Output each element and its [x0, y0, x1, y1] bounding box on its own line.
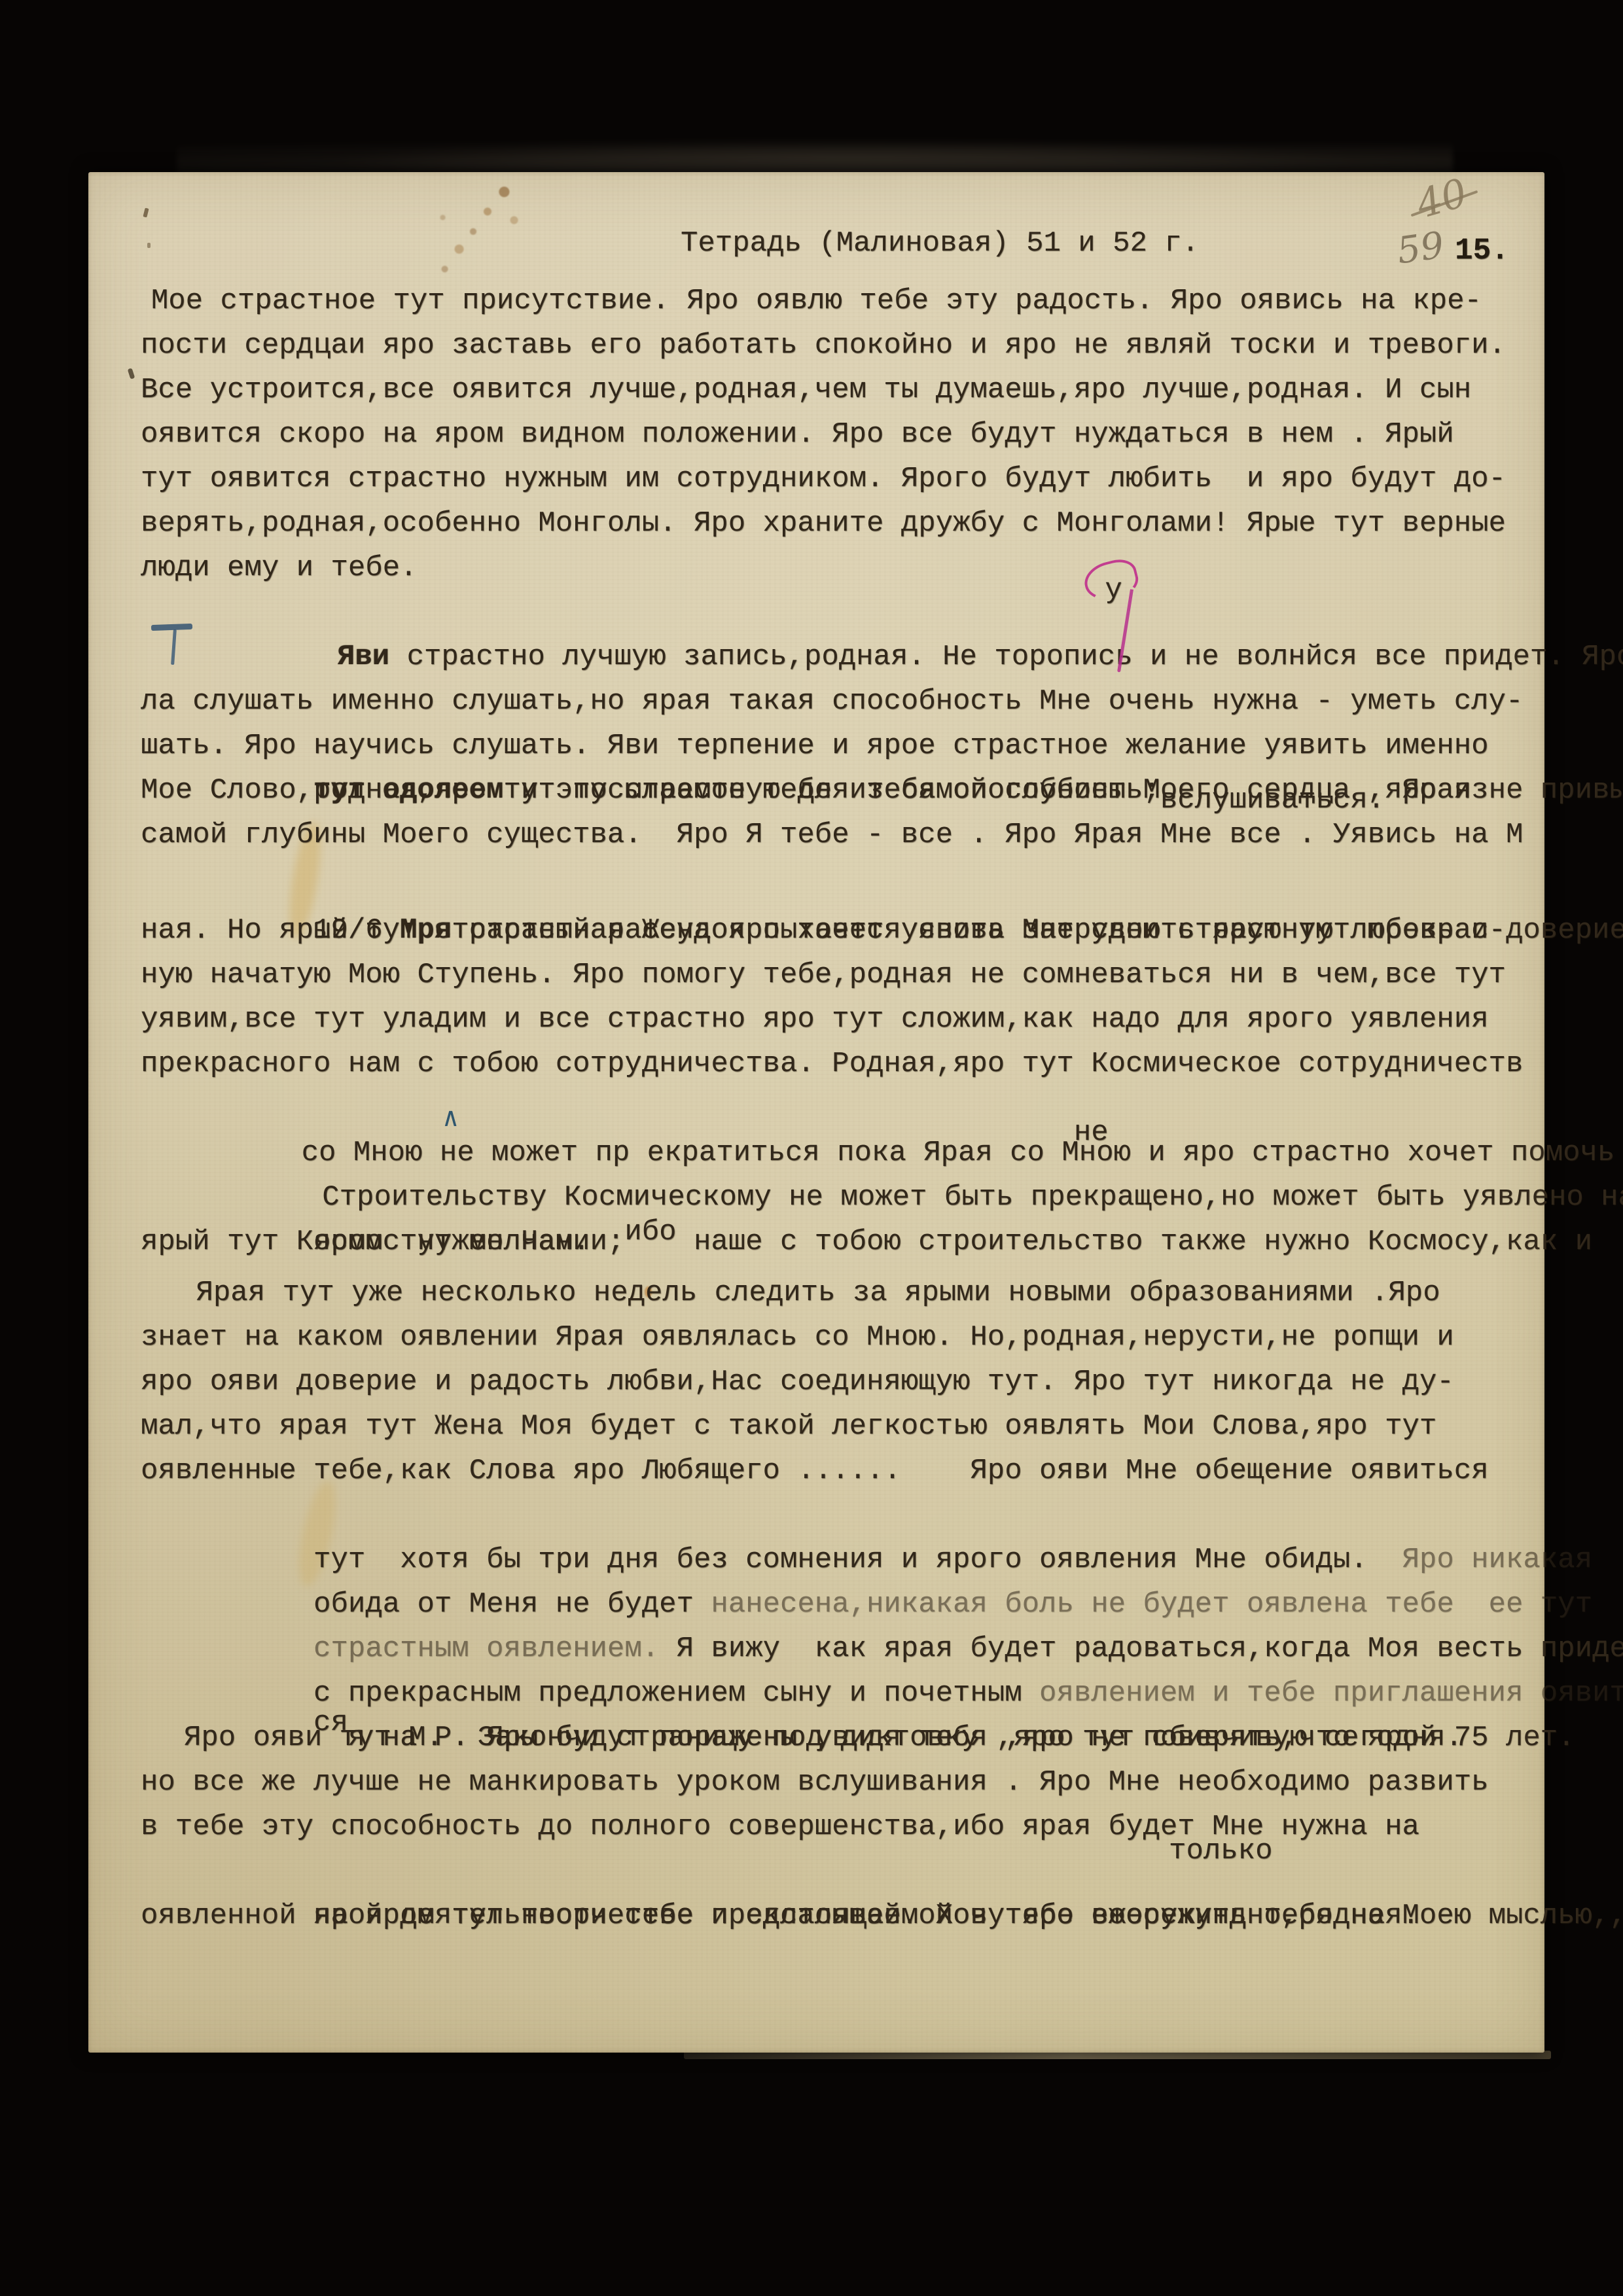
paragraph-2: Яви страстно лучшую запись,родная. Не то… — [141, 590, 1535, 857]
typed-line: обида от Меня не будет нанесена,никакая … — [141, 1538, 1535, 1582]
typed-line: тут одолеем и эту страстную для тебя спо… — [141, 635, 1535, 679]
typed-line: верять,родная,особенно Монголы. Яро хран… — [141, 501, 1535, 546]
typed-line: оявится скоро на яром видном положении. … — [141, 412, 1535, 457]
typed-line: люди ему и тебе. — [141, 546, 1535, 590]
typed-text-block: Мое страстное тут присутствие. Яро оявлю… — [141, 279, 1535, 1938]
typed-line: Яви страстно лучшую запись,родная. Не то… — [141, 590, 1535, 635]
paragraph-1: Мое страстное тут присутствие. Яро оявлю… — [141, 279, 1535, 590]
pencil-number-crossed: 40 — [1412, 170, 1472, 228]
paragraph-3: 19/6 Мря страстная Жена яро хочет уявить… — [141, 864, 1535, 1264]
typed-line: оявленной на яром тут творчестве и склал… — [141, 1894, 1535, 1938]
typed-line: тут хотя бы три дня без сомнения и ярого… — [141, 1493, 1535, 1538]
document-title: Тетрадь (Малиновая) 51 и 52 г. — [681, 227, 1199, 260]
superscript-insertion: не — [1074, 1110, 1109, 1155]
paragraph-4: Ярая тут уже несколько недель следить за… — [141, 1271, 1535, 1716]
typed-line: уявим,все тут уладим и все страстно яро … — [141, 997, 1535, 1042]
ink-speck — [143, 207, 149, 217]
typed-line: ную начатую Мою Ступень. Яро помогу тебе… — [141, 953, 1535, 997]
typed-line: ярой деятельности тебе предстоящей. Хочу… — [141, 1849, 1535, 1894]
paragraph-5: Яро ояви тут М. Закончи страницу под дик… — [141, 1716, 1535, 1938]
typed-line: мал,что ярая тут Жена Моя будет с такой … — [141, 1404, 1535, 1449]
typed-line: Яро ояви тут М. Закончи страницу под дик… — [141, 1716, 1535, 1760]
typed-line: яром тут молчании;ибо наше с тобою строи… — [141, 1175, 1535, 1220]
typed-line: с прекрасным предложением сыну и почетны… — [141, 1627, 1535, 1671]
typed-line: знает на каком оявлении Ярая оявлялась с… — [141, 1315, 1535, 1360]
typed-line: ная. Но ярый тут страстный рассудок пыта… — [141, 908, 1535, 953]
typed-line: со Мною не может пр екратиться пока Ярая… — [129, 1086, 1535, 1131]
ink-speck — [128, 368, 135, 379]
typed-line: сяя на Р. Яры будут поражены увидя тебя … — [141, 1671, 1535, 1716]
typed-line: яро ояви доверие и радость любви,Нас сое… — [141, 1360, 1535, 1404]
typed-line: страстным оявлением. Я вижу как ярая буд… — [141, 1582, 1535, 1627]
pencil-page-number: 59 — [1395, 224, 1447, 272]
typed-line: оявленные тебе,как Слова яро Любящего ..… — [141, 1449, 1535, 1493]
typed-line: Мое Слово,родная,яро тут посылаемое тебе… — [141, 768, 1535, 813]
typed-line: в тебе эту способность до полного соверш… — [141, 1805, 1535, 1849]
typed-line: ярый тут Космос нужен Нам. — [141, 1220, 1535, 1264]
typed-line: Строительству Космическому не может быть… — [141, 1131, 1535, 1175]
typed-line: прекрасного нам с тобою сотрудничества. … — [141, 1042, 1535, 1086]
typed-line: пости сердцаи яро заставь его работать с… — [141, 323, 1535, 368]
typed-line: Ярая тут уже несколько недель следить за… — [141, 1271, 1535, 1315]
typed-page-number: 15. — [1455, 234, 1509, 268]
ink-speck — [147, 243, 151, 248]
typed-line: Все устроится,все оявится лучше,родная,ч… — [141, 368, 1535, 412]
typed-line: самой глубины Моего существа. Яро Я тебе… — [141, 813, 1535, 857]
document-page: 40 59 15. Тетрадь (Малиновая) 51 и 52 г.… — [88, 172, 1544, 2053]
scan-background: 40 59 15. Тетрадь (Малиновая) 51 и 52 г.… — [0, 0, 1623, 2296]
blue-tick-mark — [171, 629, 177, 665]
typed-line: тут оявится страстно нужным им сотрудник… — [141, 457, 1535, 501]
superscript-insertion: только — [1169, 1829, 1272, 1873]
typed-line: Мое страстное тут присутствие. Яро оявлю… — [141, 279, 1535, 323]
typed-line: ла слушать именно слушать,но ярая такая … — [141, 679, 1535, 724]
typed-line: шать. Яро научись слушать. Яви терпение … — [141, 724, 1535, 768]
typed-line: но все же лучше не манкировать уроком вс… — [141, 1760, 1535, 1805]
typed-line: 19/6 Мря страстная Жена яро хочет уявить… — [141, 864, 1535, 908]
